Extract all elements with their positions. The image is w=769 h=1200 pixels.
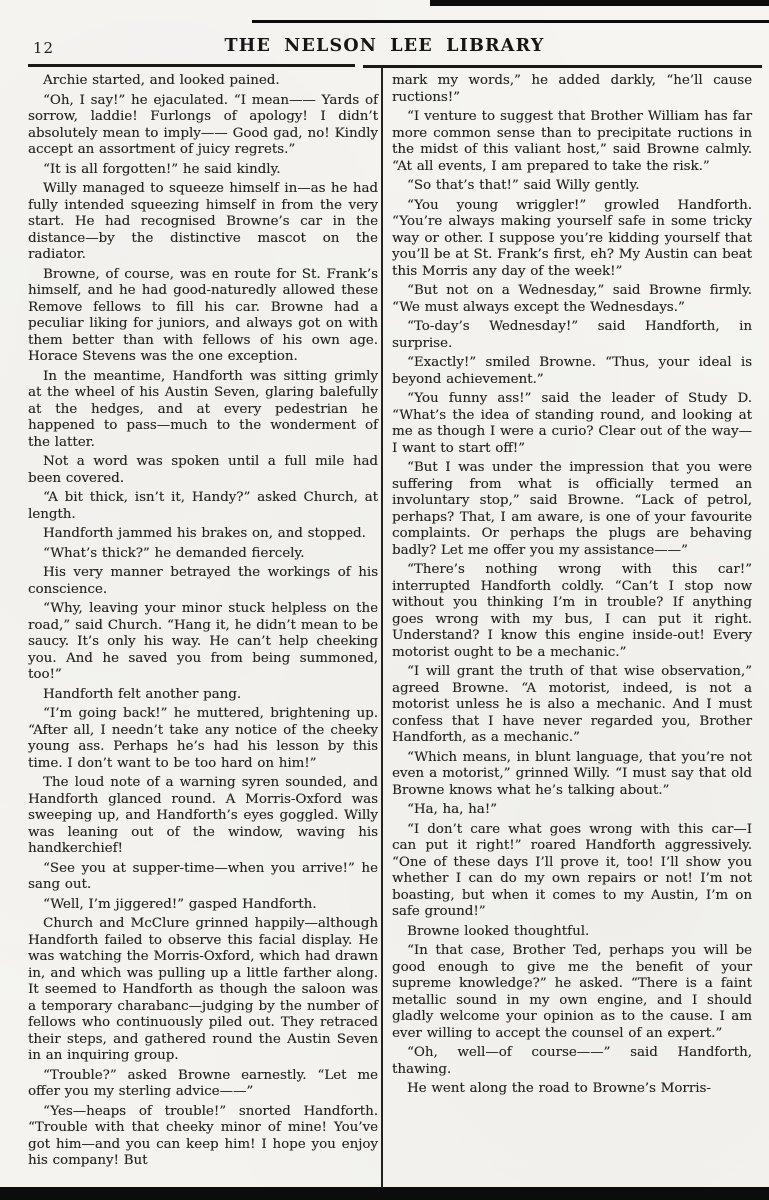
paragraph: “Exactly!” smiled Browne. “Thus, your id… bbox=[392, 355, 752, 388]
scan-artifact-bottom-bar bbox=[0, 1187, 769, 1200]
paragraph: “A bit thick, isn’t it, Handy?” asked Ch… bbox=[28, 490, 378, 523]
magazine-page: 12 THE NELSON LEE LIBRARY Archie started… bbox=[0, 0, 769, 1200]
paragraph: “It is all forgotten!” he said kindly. bbox=[28, 162, 378, 179]
paragraph: “I will grant the truth of that wise obs… bbox=[392, 664, 752, 747]
paragraph: “See you at supper-time—when you arrive!… bbox=[28, 861, 378, 894]
column-divider bbox=[381, 67, 383, 1188]
header-rule bbox=[28, 64, 762, 67]
paragraph: “But I was under the impression that you… bbox=[392, 460, 752, 559]
paragraph: “Oh, I say!” he ejaculated. “I mean—— Ya… bbox=[28, 93, 378, 159]
scan-artifact-top-line bbox=[252, 20, 769, 23]
paragraph: “There’s nothing wrong with this car!” i… bbox=[392, 562, 752, 661]
paragraph: “I’m going back!” he muttered, brighteni… bbox=[28, 706, 378, 772]
paragraph: “Trouble?” asked Browne earnestly. “Let … bbox=[28, 1068, 378, 1101]
paragraph: “I don’t care what goes wrong with this … bbox=[392, 822, 752, 921]
page-title: THE NELSON LEE LIBRARY bbox=[225, 36, 545, 56]
paragraph: Handforth jammed his brakes on, and stop… bbox=[28, 526, 378, 543]
paragraph: “What’s thick?” he demanded fiercely. bbox=[28, 546, 378, 563]
paragraph: “You young wriggler!” growled Handforth.… bbox=[392, 198, 752, 281]
paragraph: His very manner betrayed the workings of… bbox=[28, 565, 378, 598]
paragraph: Handforth felt another pang. bbox=[28, 687, 378, 704]
paragraph: “In that case, Brother Ted, perhaps you … bbox=[392, 943, 752, 1042]
paragraph: Not a word was spoken until a full mile … bbox=[28, 454, 378, 487]
paragraph: “Oh, well—of course——” said Handforth, t… bbox=[392, 1045, 752, 1078]
paragraph: “To-day’s Wednesday!” said Handforth, in… bbox=[392, 319, 752, 352]
paragraph: “Which means, in blunt language, that yo… bbox=[392, 750, 752, 800]
paragraph: Archie started, and looked pained. bbox=[28, 73, 378, 90]
page-header: 12 THE NELSON LEE LIBRARY bbox=[0, 36, 769, 62]
paragraph: “Well, I’m jiggered!” gasped Handforth. bbox=[28, 897, 378, 914]
paragraph: “But not on a Wednesday,” said Browne fi… bbox=[392, 283, 752, 316]
paragraph: “Why, leaving your minor stuck helpless … bbox=[28, 601, 378, 684]
paragraph: Browne looked thoughtful. bbox=[392, 924, 752, 941]
paragraph: Church and McClure grinned happily—altho… bbox=[28, 916, 378, 1065]
header-rule-left-segment bbox=[28, 64, 355, 67]
paragraph: Willy managed to squeeze himself in—as h… bbox=[28, 181, 378, 264]
paragraph: He went along the road to Browne’s Morri… bbox=[392, 1081, 752, 1098]
page-number: 12 bbox=[33, 39, 54, 57]
paragraph: Browne, of course, was en route for St. … bbox=[28, 267, 378, 366]
paragraph: “Ha, ha, ha!” bbox=[392, 802, 752, 819]
right-column: mark my words,” he added darkly, “he’ll … bbox=[392, 73, 752, 1101]
paragraph: “Yes—heaps of trouble!” snorted Handfort… bbox=[28, 1104, 378, 1170]
paragraph: The loud note of a warning syren sounded… bbox=[28, 775, 378, 858]
left-column: Archie started, and looked pained.“Oh, I… bbox=[28, 73, 378, 1173]
paragraph: mark my words,” he added darkly, “he’ll … bbox=[392, 73, 752, 106]
scan-artifact-top-right bbox=[430, 0, 769, 6]
paragraph: “So that’s that!” said Willy gently. bbox=[392, 178, 752, 195]
paragraph: In the meantime, Handforth was sitting g… bbox=[28, 369, 378, 452]
paragraph: “You funny ass!” said the leader of Stud… bbox=[392, 391, 752, 457]
paragraph: “I venture to suggest that Brother Willi… bbox=[392, 109, 752, 175]
header-rule-right-segment bbox=[363, 65, 762, 68]
